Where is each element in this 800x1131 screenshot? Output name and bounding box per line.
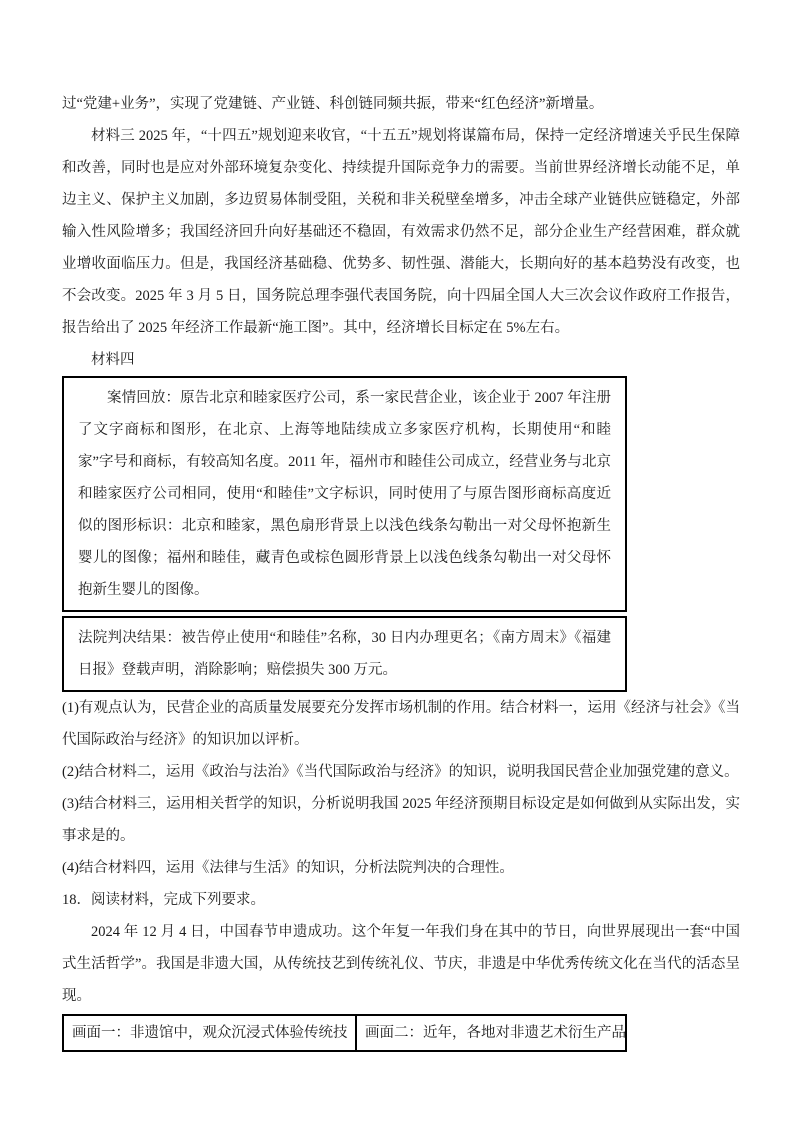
- court-verdict-box: 法院判决结果：被告停止使用“和睦佳”名称，30 日内办理更名；《南方周末》《福建…: [62, 616, 627, 692]
- question-3: (3)结合材料三，运用相关哲学的知识，分析说明我国 2025 年经济预期目标设定…: [62, 788, 740, 852]
- question-18-header: 18．阅读材料，完成下列要求。: [62, 884, 740, 916]
- court-verdict-text: 法院判决结果：被告停止使用“和睦佳”名称，30 日内办理更名；《南方周末》《福建…: [78, 622, 611, 686]
- case-review-text: 案情回放：原告北京和睦家医疗公司，系一家民营企业，该企业于 2007 年注册了文…: [78, 382, 611, 606]
- case-review-box: 案情回放：原告北京和睦家医疗公司，系一家民营企业，该企业于 2007 年注册了文…: [62, 376, 627, 612]
- scene-cell-1: 画面一：非遗馆中，观众沉浸式体验传统技: [63, 1015, 356, 1051]
- question-1: (1)有观点认为，民营企业的高质量发展要充分发挥市场机制的作用。结合材料一，运用…: [62, 692, 740, 756]
- paragraph-party-business: 过“党建+业务”，实现了党建链、产业链、科创链同频共振，带来“红色经济”新增量。: [62, 88, 740, 120]
- paragraph-material3: 材料三 2025 年，“十四五”规划迎来收官，“十五五”规划将谋篇布局，保持一定…: [62, 120, 740, 344]
- scene-table: 画面一：非遗馆中，观众沉浸式体验传统技 画面二：近年，各地对非遗艺术衍生产品进: [62, 1014, 627, 1052]
- question-4: (4)结合材料四，运用《法律与生活》的知识，分析法院判决的合理性。: [62, 852, 740, 884]
- question-18-intro: 2024 年 12 月 4 日，中国春节申遗成功。这个年复一年我们身在其中的节日…: [62, 916, 740, 1012]
- scene-cell-2: 画面二：近年，各地对非遗艺术衍生产品进: [356, 1015, 626, 1051]
- question-2: (2)结合材料二，运用《政治与法治》《当代国际政治与经济》的知识，说明我国民营企…: [62, 756, 740, 788]
- material4-heading: 材料四: [62, 344, 740, 376]
- document-page: 过“党建+业务”，实现了党建链、产业链、科创链同频共振，带来“红色经济”新增量。…: [0, 0, 800, 1131]
- scene-table-row: 画面一：非遗馆中，观众沉浸式体验传统技 画面二：近年，各地对非遗艺术衍生产品进: [63, 1015, 626, 1051]
